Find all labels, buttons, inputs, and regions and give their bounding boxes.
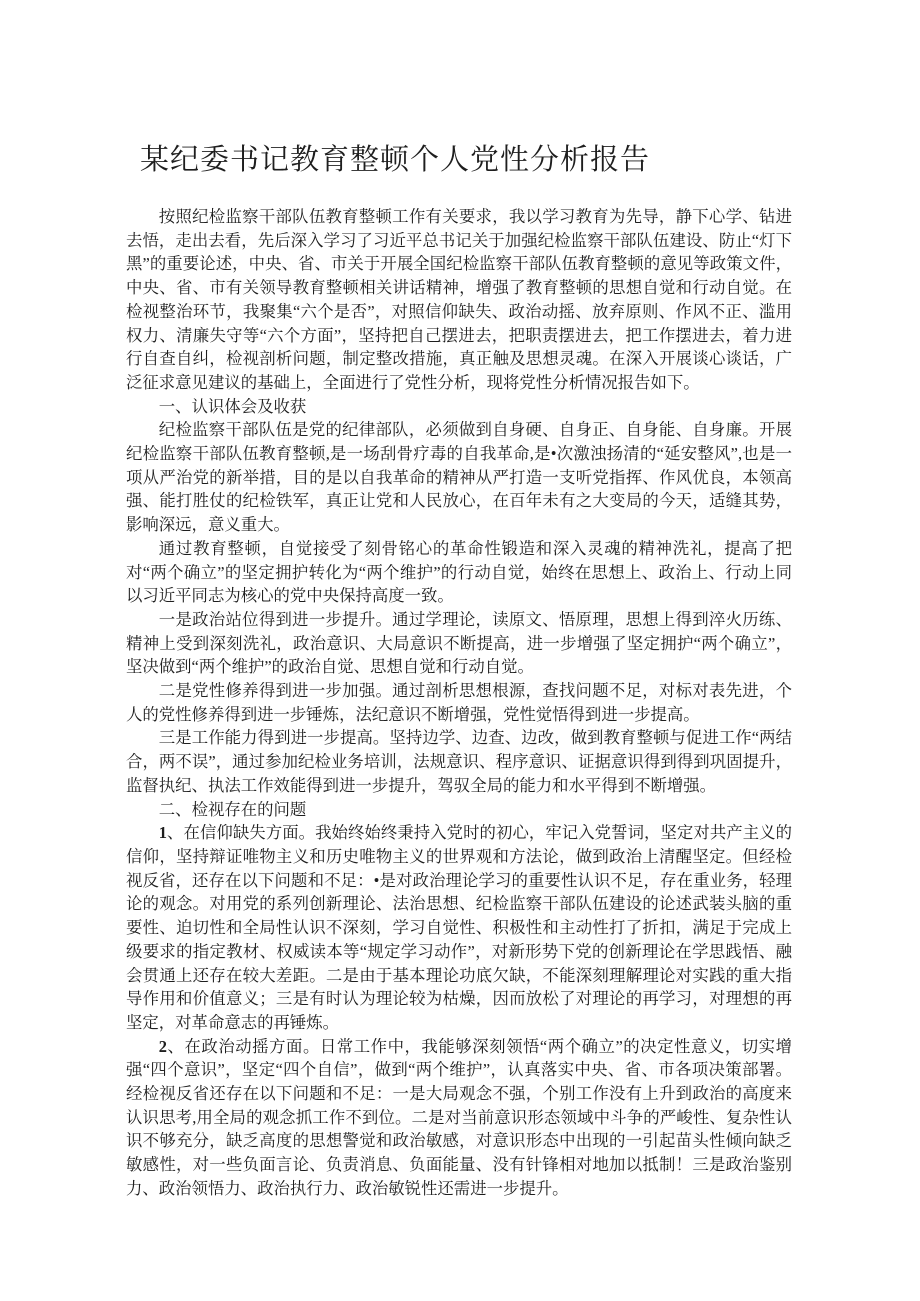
- section-heading: 二、检视存在的问题: [126, 798, 792, 822]
- paragraph-text: 、在政治动摇方面。日常工作中，我能够深刻领悟“两个确立”的决定性意义，切实增强“…: [126, 1037, 792, 1198]
- paragraph-list: 按照纪检监察干部队伍教育整顿工作有关要求，我以学习教育为先导，静下心学、钻进去悟…: [126, 205, 792, 1201]
- paragraph: 纪检监察干部队伍是党的纪律部队，必须做到自身硬、自身正、自身能、自身廉。开展纪检…: [126, 418, 792, 537]
- list-number: 2: [159, 1037, 167, 1056]
- section-heading: 一、认识体会及收获: [126, 395, 792, 419]
- paragraph-text: 、在信仰缺失方面。我始终始终秉持入党时的初心，牢记入党誓词，坚定对共产主义的信仰…: [126, 823, 792, 1032]
- document-page: 某纪委书记教育整顿个人党性分析报告 按照纪检监察干部队伍教育整顿工作有关要求，我…: [0, 0, 920, 1301]
- document-content: 某纪委书记教育整顿个人党性分析报告 按照纪检监察干部队伍教育整顿工作有关要求，我…: [126, 143, 792, 1201]
- paragraph: 1、在信仰缺失方面。我始终始终秉持入党时的初心，牢记入党誓词，坚定对共产主义的信…: [126, 821, 792, 1034]
- paragraph: 通过教育整顿，自觉接受了刻骨铭心的革命性锻造和深入灵魂的精神洗礼，提高了把对“两…: [126, 537, 792, 608]
- document-title: 某纪委书记教育整顿个人党性分析报告: [140, 143, 792, 177]
- paragraph: 2、在政治动摇方面。日常工作中，我能够深刻领悟“两个确立”的决定性意义，切实增强…: [126, 1035, 792, 1201]
- paragraph: 三是工作能力得到进一步提高。坚持边学、边查、边改，做到教育整顿与促进工作“两结合…: [126, 726, 792, 797]
- paragraph: 按照纪检监察干部队伍教育整顿工作有关要求，我以学习教育为先导，静下心学、钻进去悟…: [126, 205, 792, 395]
- paragraph: 一是政治站位得到进一步提升。通过学理论，读原文、悟原理，思想上得到淬火历练、精神…: [126, 608, 792, 679]
- list-number: 1: [159, 823, 167, 842]
- paragraph: 二是党性修养得到进一步加强。通过剖析思想根源，查找问题不足，对标对表先进，个人的…: [126, 679, 792, 726]
